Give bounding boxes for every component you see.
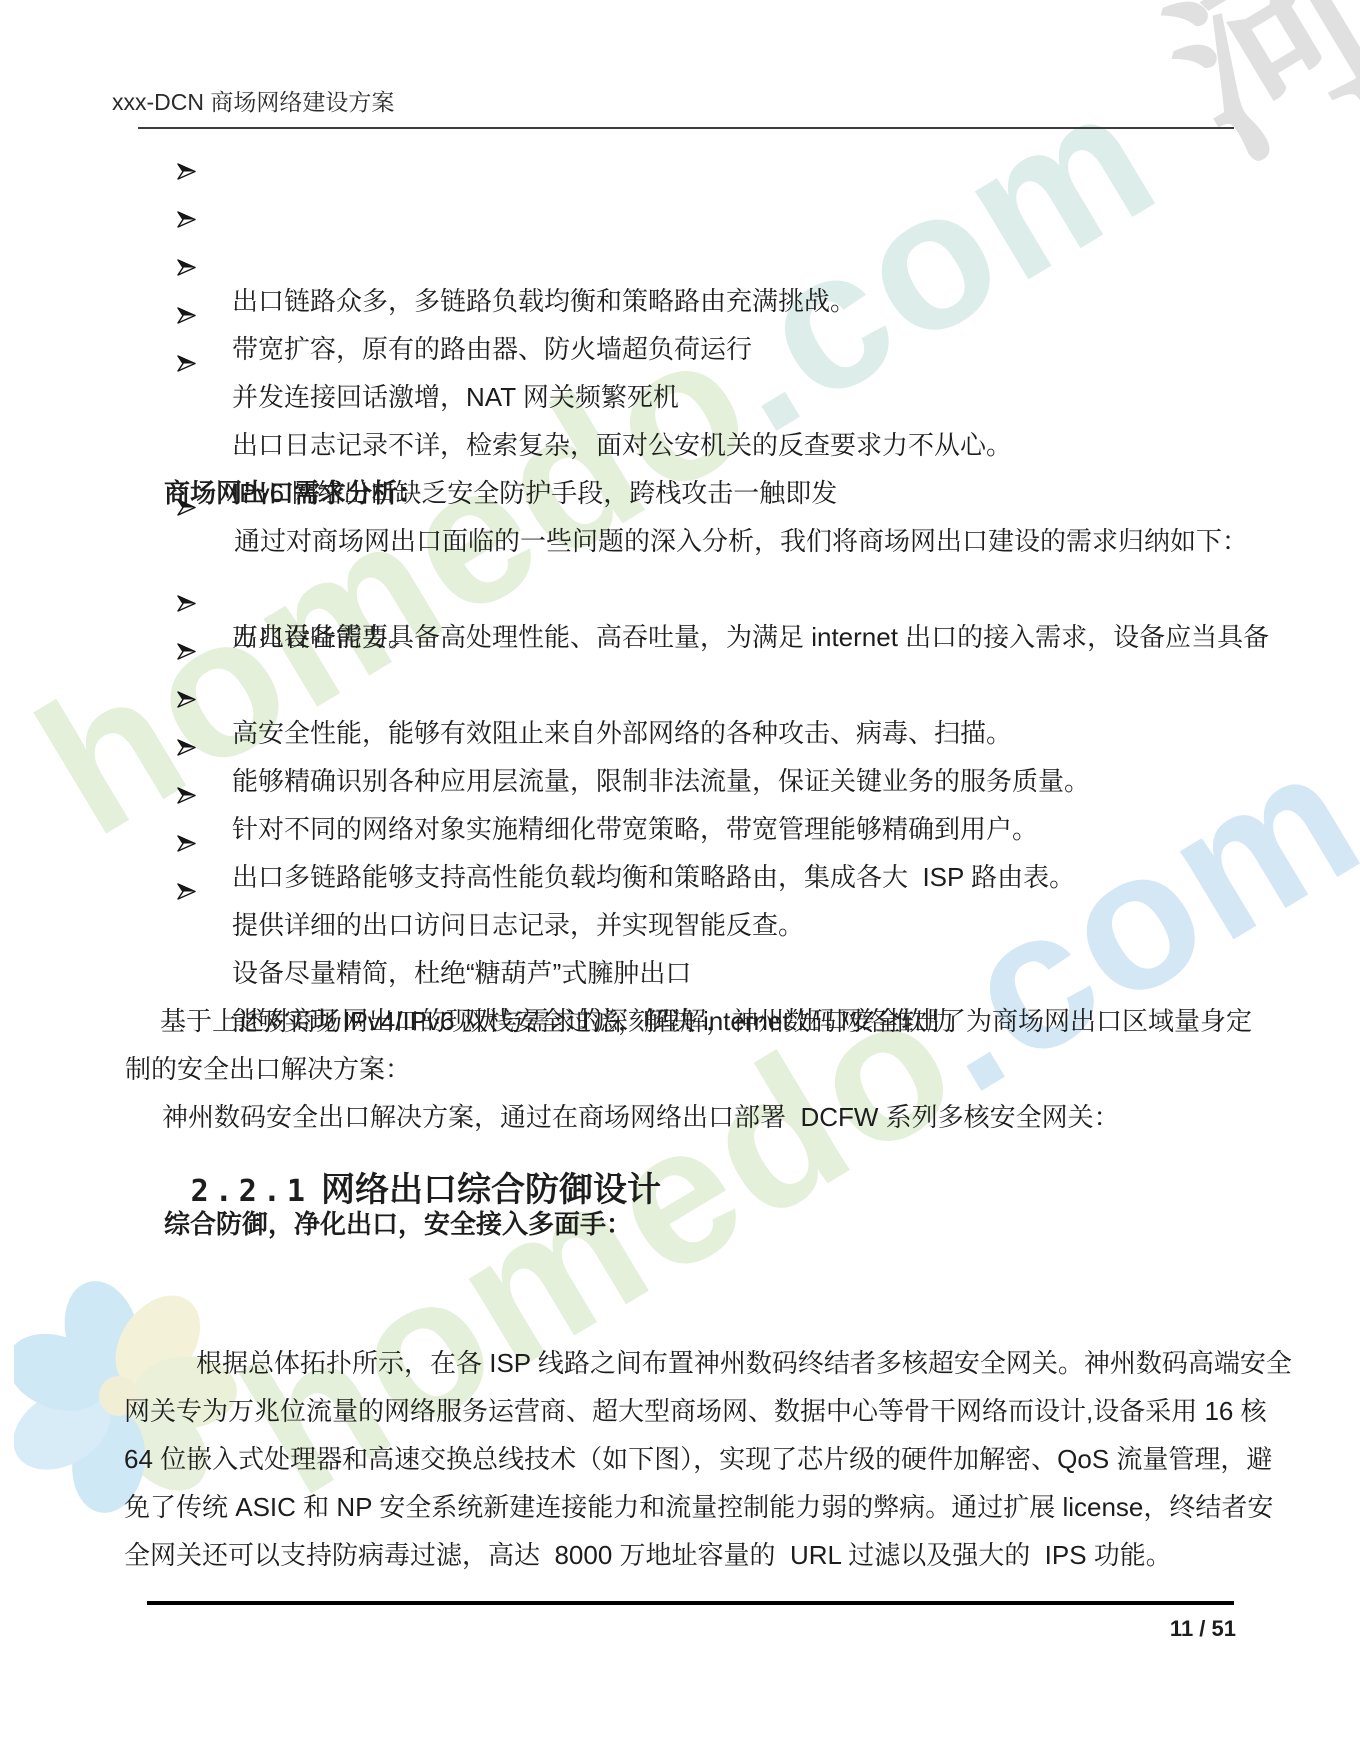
list-bullet-arrow-icon <box>176 868 197 887</box>
paragraph-line: 64 位嵌入式处理器和高速交换总线技术（如下图），实现了芯片级的硬件加解密、Qo… <box>0 1339 1360 1387</box>
list-item: 高安全性能，能够有效阻止来自外部网络的各种攻击、病毒、扫描。 <box>0 565 1360 613</box>
analysis-intro: 通过对商场网出口面临的一些问题的深入分析，我们将商场网出口建设的需求归纳如下： <box>0 421 1360 469</box>
list-item: IPv6 网络出口缺乏安全防护手段，跨栈攻击一触即发 <box>0 325 1360 373</box>
header-title: xxx-DCN 商场网络建设方案 <box>112 84 394 117</box>
list-item-continuation: 万兆吞吐能力。 <box>0 517 1360 565</box>
document-page: homedo.com河姆渡 homedo.com河姆渡 xxx-DCN 商场网络… <box>0 0 1360 1760</box>
paragraph-text: 全网关还可以支持防病毒过滤，高达 8000 万地址容量的 URL 过滤以及强大的… <box>124 1531 1360 1579</box>
list-bullet-arrow-icon <box>176 724 197 743</box>
list-bullet-arrow-icon <box>176 676 197 695</box>
paragraph-line: 全网关还可以支持防病毒过滤，高达 8000 万地址容量的 URL 过滤以及强大的… <box>0 1435 1360 1483</box>
list-item: 提供详细的出口访问日志记录，并实现智能反查。 <box>0 757 1360 805</box>
design-lead: 综合防御，净化出口，安全接入多面手： <box>164 1200 632 1248</box>
paragraph-line: 网关专为万兆位流量的网络服务运营商、超大型商场网、数据中心等骨干网络而设计,设备… <box>0 1291 1360 1339</box>
list-item: 针对不同的网络对象实施精细化带宽策略，带宽管理能够精确到用户。 <box>0 661 1360 709</box>
paragraph-line: 制的安全出口解决方案： <box>0 949 1360 997</box>
list-bullet-arrow-icon <box>176 580 197 599</box>
list-bullet-arrow-icon <box>176 196 197 215</box>
paragraph-line: 免了传统 ASIC 和 NP 安全系统新建连接能力和流量控制能力弱的弊病。通过扩… <box>0 1387 1360 1435</box>
section-heading: 2.2.1网络出口综合防御设计 <box>164 1112 661 1164</box>
paragraph-line: 神州数码安全出口解决方案，通过在商场网络出口部署 DCFW 系列多核安全网关： <box>0 997 1360 1045</box>
list-bullet-arrow-icon <box>176 820 197 839</box>
list-item: 出口设备需要具备高处理性能、高吞吐量，为满足 internet 出口的接入需求，… <box>0 469 1360 517</box>
list-item: 出口多链路能够支持高性能负载均衡和策略路由，集成各大 ISP 路由表。 <box>0 709 1360 757</box>
header-divider <box>138 127 1234 129</box>
list-bullet-arrow-icon <box>176 244 197 263</box>
paragraph-line: 根据总体拓扑所示，在各 ISP 线路之间布置神州数码终结者多核超安全网关。神州数… <box>0 1243 1360 1291</box>
list-bullet-arrow-icon <box>176 772 197 791</box>
document-content: xxx-DCN 商场网络建设方案 出口链路众多，多链路负载均衡和策略路由充满挑战… <box>0 0 1360 1760</box>
list-bullet-arrow-icon <box>176 628 197 647</box>
list-bullet-arrow-icon <box>176 148 197 167</box>
list-bullet-arrow-icon <box>176 484 197 503</box>
list-bullet-arrow-icon <box>176 340 197 359</box>
list-item: 设备尽量精简，杜绝“糖葫芦”式臃肿出口 <box>0 805 1360 853</box>
footer-divider <box>147 1601 1234 1605</box>
list-item: 能够精确识别各种应用层流量，限制非法流量，保证关键业务的服务质量。 <box>0 613 1360 661</box>
list-item: 并发连接回话激增，NAT 网关频繁死机 <box>0 229 1360 277</box>
list-item: 带宽扩容，原有的路由器、防火墙超负荷运行 <box>0 181 1360 229</box>
page-number: 11 / 51 <box>1170 1616 1236 1642</box>
list-item: 能够实现 IPv4/IPv6 双栈安全过滤，解决 internet 出口安全软肋 <box>0 853 1360 901</box>
analysis-label: 商场网出口需求分析： <box>0 373 1360 421</box>
list-item: 出口链路众多，多链路负载均衡和策略路由充满挑战。 <box>0 133 1360 181</box>
list-bullet-arrow-icon <box>176 292 197 311</box>
paragraph-line: 基于上述对商场网出口的现状与需求的深刻理解，神州数码网络推出了为商场网出口区域量… <box>0 901 1360 949</box>
list-item: 出口日志记录不详，检索复杂，面对公安机关的反查要求力不从心。 <box>0 277 1360 325</box>
